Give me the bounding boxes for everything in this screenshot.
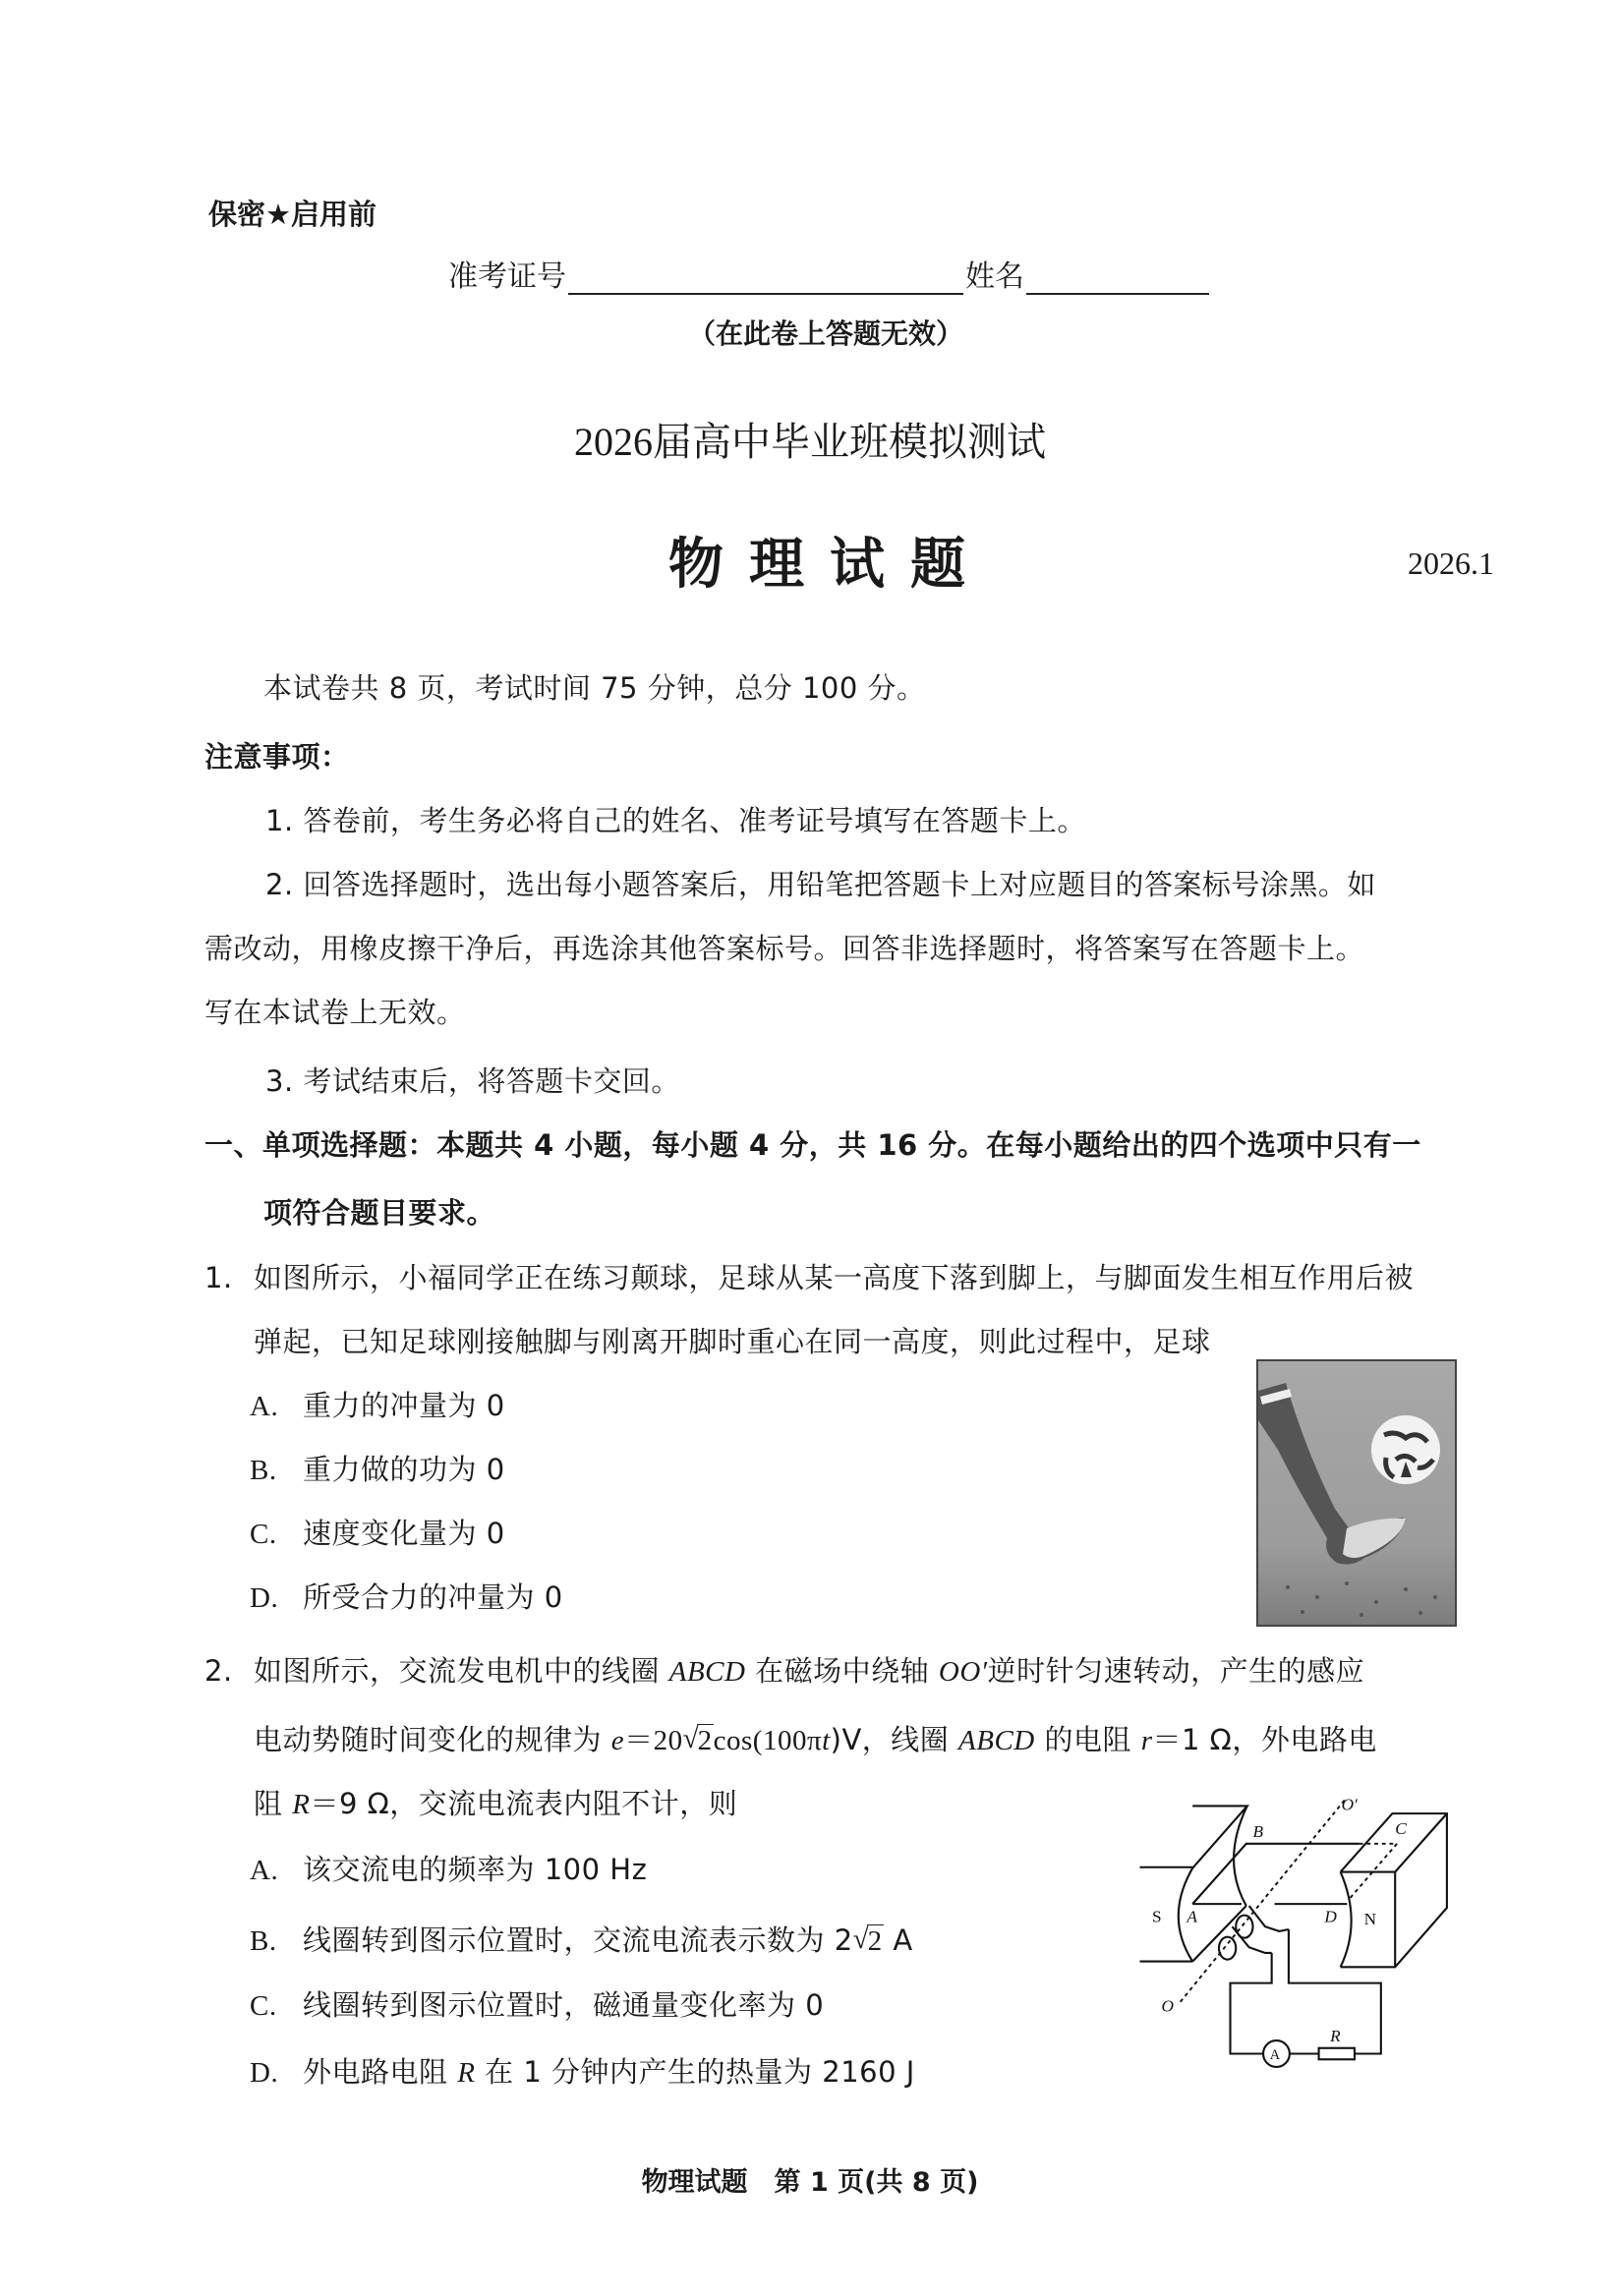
option-a[interactable]: A.重力的冲量为 0	[250, 1388, 505, 1424]
option-letter: A.	[250, 1389, 303, 1424]
svg-text:O′: O′	[1342, 1795, 1358, 1813]
option-text: 线圈转到图示位置时，磁通量变化率为 0	[303, 1988, 824, 2022]
question-stem-continued: 电动势随时间变化的规律为 e＝202cos(100πt)V，线圈 ABCD 的电…	[254, 1722, 1377, 1758]
stem-text: ＝9 Ω，交流电流表内阻不计，则	[310, 1787, 737, 1820]
option-letter: B.	[250, 1923, 303, 1959]
generator-circuit-icon: S N A B C D O O′ A R	[1128, 1791, 1468, 2091]
stem-text: 在磁场中绕轴	[745, 1654, 938, 1688]
question-number: 1.	[204, 1260, 233, 1295]
subject-title: 物理试题	[668, 521, 991, 600]
invalid-note: （在此卷上答题无效）	[688, 313, 963, 352]
soccer-kick-photo	[1256, 1359, 1457, 1627]
sqrt-radicand: 2	[697, 1724, 714, 1756]
note-item: 3. 考试结束后，将答题卡交回。	[265, 1063, 680, 1099]
sqrt-symbol: 2	[853, 1923, 884, 1959]
page-footer: 物理试题 第 1 页(共 8 页)	[0, 2160, 1620, 2199]
cos-expression: cos(100π	[714, 1725, 822, 1756]
option-letter: C.	[250, 1988, 303, 2024]
exam-date: 2026.1	[1408, 545, 1494, 582]
question-stem-continued: 弹起，已知足球刚接触脚与刚离开脚时重心在同一高度，则此过程中，足球	[254, 1324, 1211, 1359]
option-c[interactable]: C.速度变化量为 0	[250, 1516, 505, 1552]
option-c[interactable]: C.线圈转到图示位置时，磁通量变化率为 0	[250, 1987, 824, 2024]
option-letter: B.	[250, 1453, 303, 1488]
option-letter: A.	[250, 1853, 303, 1888]
stem-text: 如图所示，交流发电机中的线圈	[254, 1654, 669, 1688]
svg-text:B: B	[1253, 1822, 1264, 1841]
notes-title: 注意事项：	[204, 739, 350, 775]
question-number: 2.	[204, 1653, 233, 1689]
option-b[interactable]: B.线圈转到图示位置时，交流电流表示数为 22 A	[250, 1923, 913, 1959]
soccer-photo-icon	[1258, 1361, 1455, 1625]
option-text: 所受合力的冲量为 0	[303, 1580, 563, 1614]
stem-text: 阻	[254, 1787, 292, 1820]
name-field[interactable]	[1026, 263, 1209, 295]
svg-text:A: A	[1270, 2047, 1281, 2063]
stem-text: 的电阻	[1035, 1723, 1141, 1756]
internal-resistance-symbol: r	[1141, 1725, 1153, 1756]
option-text: 速度变化量为 0	[303, 1517, 505, 1550]
svg-text:A: A	[1186, 1907, 1197, 1925]
stem-text: 电动势随时间变化的规律为	[254, 1723, 611, 1756]
stem-text: ＝1 Ω，外电路电	[1152, 1723, 1376, 1756]
option-d[interactable]: D.外电路电阻 R 在 1 分钟内产生的热量为 2160 J	[250, 2054, 915, 2091]
name-label: 姓名	[965, 252, 1024, 295]
section-heading-continued: 项符合题目要求。	[263, 1195, 495, 1231]
exam-id-label: 准考证号	[448, 252, 566, 295]
sqrt-symbol: 2	[683, 1723, 714, 1758]
emf-symbol: e	[611, 1725, 624, 1756]
question-stem-continued: 阻 R＝9 Ω，交流电流表内阻不计，则	[254, 1786, 737, 1822]
option-b[interactable]: B.重力做的功为 0	[250, 1452, 505, 1488]
svg-text:D: D	[1323, 1907, 1337, 1925]
note-item-continued: 需改动，用橡皮擦干净后，再选涂其他答案标号。回答非选择题时，将答案写在答题卡上。	[204, 931, 1364, 966]
axis-label: OO′	[939, 1656, 988, 1688]
resistance-symbol: R	[457, 2057, 475, 2089]
question-stem: 如图所示，小福同学正在练习颠球，足球从某一高度下落到脚上，与脚面发生相互作用后被	[254, 1260, 1414, 1295]
option-text: 重力的冲量为 0	[303, 1389, 505, 1422]
candidate-info-row: 准考证号 姓名	[448, 252, 1211, 295]
s-pole-label: S	[1152, 1907, 1162, 1925]
external-resistance-symbol: R	[292, 1789, 310, 1820]
time-symbol: t	[822, 1725, 831, 1756]
emf-coefficient: ＝20	[624, 1725, 683, 1756]
n-pole-label: N	[1364, 1910, 1377, 1928]
option-letter: D.	[250, 1580, 303, 1616]
option-text: 该交流电的频率为 100 Hz	[303, 1853, 647, 1886]
svg-text:R: R	[1329, 2027, 1341, 2045]
exam-id-field[interactable]	[568, 263, 963, 295]
option-text: 在 1 分钟内产生的热量为 2160 J	[475, 2055, 914, 2089]
sqrt-radicand: 2	[867, 1924, 884, 1957]
confidential-mark: 保密★启用前	[208, 193, 376, 233]
note-item: 2. 回答选择题时，选出每小题答案后，用铅笔把答题卡上对应题目的答案标号涂黑。如	[265, 867, 1376, 902]
option-text: 线圈转到图示位置时，交流电流表示数为 2	[303, 1923, 853, 1957]
option-text: 重力做的功为 0	[303, 1453, 505, 1486]
option-a[interactable]: A.该交流电的频率为 100 Hz	[250, 1852, 647, 1888]
svg-text:C: C	[1395, 1819, 1407, 1838]
coil-label: ABCD	[958, 1725, 1035, 1756]
svg-text:O: O	[1162, 1996, 1175, 2015]
section-heading: 一、单项选择题：本题共 4 小题，每小题 4 分，共 16 分。在每小题给出的四…	[204, 1127, 1421, 1163]
stem-text: )V，线圈	[831, 1723, 958, 1756]
question-stem: 如图所示，交流发电机中的线圈 ABCD 在磁场中绕轴 OO′逆时针匀速转动，产生…	[254, 1653, 1364, 1690]
exam-name: 2026届高中毕业班模拟测试	[0, 411, 1620, 467]
ac-generator-diagram: S N A B C D O O′ A R	[1128, 1791, 1468, 2091]
exam-intro: 本试卷共 8 页，考试时间 75 分钟，总分 100 分。	[263, 670, 926, 706]
option-text: A	[884, 1923, 913, 1957]
coil-label: ABCD	[669, 1656, 746, 1688]
note-item: 1. 答卷前，考生务必将自己的姓名、准考证号填写在答题卡上。	[265, 803, 1086, 838]
option-letter: D.	[250, 2055, 303, 2091]
option-text: 外电路电阻	[303, 2055, 457, 2089]
stem-text: 逆时针匀速转动，产生的感应	[988, 1654, 1365, 1688]
option-d[interactable]: D.所受合力的冲量为 0	[250, 1579, 563, 1616]
option-letter: C.	[250, 1517, 303, 1552]
note-item-continued: 写在本试卷上无效。	[204, 995, 466, 1030]
